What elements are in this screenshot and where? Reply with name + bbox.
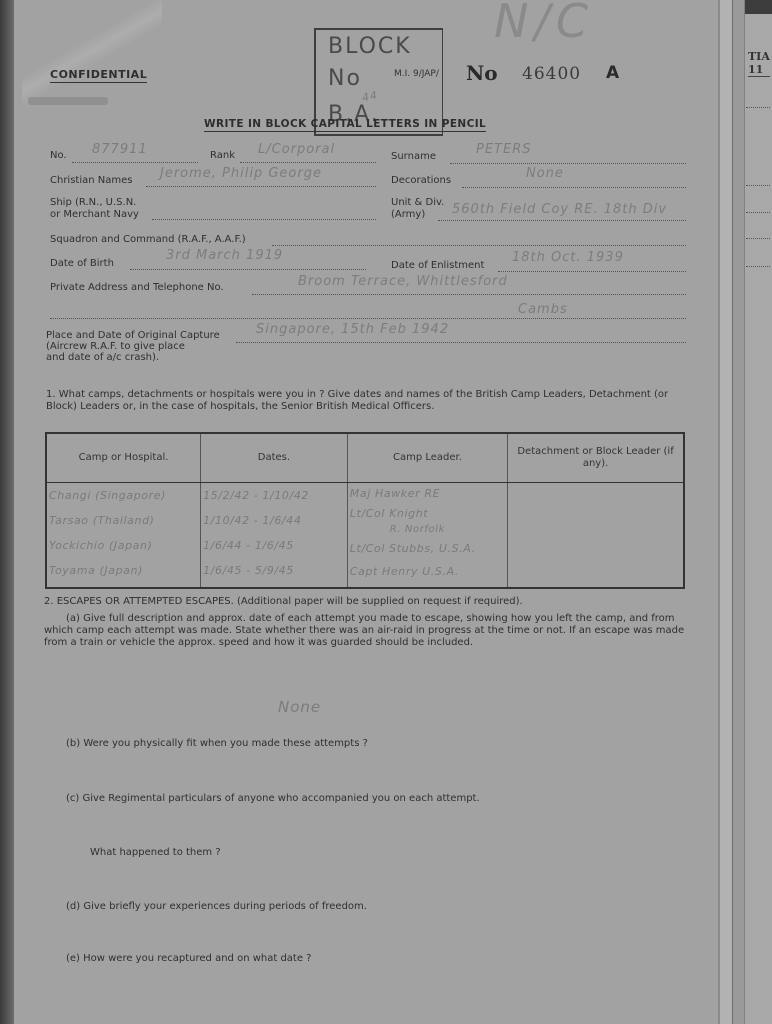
capture-label-3: and date of a/c crash). [46, 352, 159, 363]
question-2c-followup: What happened to them ? [90, 847, 221, 859]
capture-field[interactable]: Singapore, 15th Feb 1942 [256, 322, 449, 337]
enlistment-field[interactable]: 18th Oct. 1939 [512, 250, 624, 265]
column-header-dates: Dates. [201, 433, 348, 483]
question-2e-text: (e) How were you recaptured and on what … [66, 953, 312, 965]
unit-field[interactable]: 560th Field Coy RE. 18th Div [452, 202, 667, 217]
table-row: Changi (Singapore) Tarsao (Thailand) Yoc… [46, 483, 684, 589]
back-sheet [744, 0, 772, 1024]
dob-field[interactable]: 3rd March 1919 [166, 248, 283, 263]
back-sheet-label: TIA 11 [748, 50, 770, 77]
reference-prefix: M.I. 9/JAP/ [394, 69, 439, 79]
handwritten-note: N/C [494, 0, 594, 48]
date-entry: 1/10/42 - 1/6/44 [203, 508, 345, 533]
paper-crease [22, 0, 162, 110]
rank-label: Rank [210, 150, 235, 161]
surname-label: Surname [391, 151, 436, 162]
dob-label: Date of Birth [50, 258, 114, 269]
reference-number: 46400 [522, 64, 581, 84]
camps-table: Camp or Hospital. Dates. Camp Leader. De… [45, 432, 685, 589]
rank-field-line [240, 162, 376, 163]
no-field-line [72, 162, 198, 163]
unit-label-1: Unit & Div. [391, 197, 444, 208]
column-header-camp-leader: Camp Leader. [347, 433, 507, 483]
surname-field-line [450, 163, 686, 164]
ship-label-2: or Merchant Navy [50, 209, 139, 220]
decorations-label: Decorations [391, 175, 451, 186]
question-2d-text: (d) Give briefly your experiences during… [66, 901, 367, 913]
reference-suffix: A [606, 63, 619, 83]
leader-entry: Lt/Col Knight [350, 505, 505, 523]
back-sheet [718, 0, 733, 1024]
leader-entry: Lt/Col Stubbs, U.S.A. [350, 537, 505, 561]
date-entry: 1/6/44 - 1/6/45 [203, 533, 345, 558]
date-entry: 1/6/45 - 5/9/45 [203, 558, 345, 583]
address-field-line [252, 294, 686, 295]
christian-names-label: Christian Names [50, 175, 132, 186]
camp-entry: Tarsao (Thailand) [49, 508, 198, 533]
question-2c-text: (c) Give Regimental particulars of anyon… [66, 793, 480, 805]
stamp-line-1: BLOCK [328, 34, 412, 59]
camp-cell[interactable]: Changi (Singapore) Tarsao (Thailand) Yoc… [46, 483, 201, 589]
question-2b-text: (b) Were you physically fit when you mad… [66, 738, 368, 750]
decorations-field-line [462, 187, 686, 188]
unit-field-line [438, 220, 686, 221]
camp-entry: Yockichio (Japan) [49, 533, 198, 558]
address-field-line2[interactable]: Cambs [518, 302, 568, 317]
capture-label-2: (Aircrew R.A.F. to give place [46, 341, 185, 352]
camp-entry: Changi (Singapore) [49, 483, 198, 508]
no-field[interactable]: 877911 [92, 142, 148, 157]
christian-names-field[interactable]: Jerome, Philip George [160, 166, 322, 181]
tape-mark [28, 97, 108, 105]
reference-no-label: No [466, 61, 498, 85]
date-entry: 15/2/42 - 1/10/42 [203, 483, 345, 508]
dates-cell[interactable]: 15/2/42 - 1/10/42 1/10/42 - 1/6/44 1/6/4… [201, 483, 348, 589]
unit-label-2: (Army) [391, 209, 425, 220]
divider [746, 185, 770, 186]
no-label: No. [50, 150, 67, 161]
address-field-line-2 [50, 318, 686, 319]
rank-field[interactable]: L/Corporal [258, 142, 335, 157]
surname-field[interactable]: PETERS [476, 142, 532, 157]
enlistment-label: Date of Enlistment [391, 260, 484, 271]
leader-entry: R. Norfolk [350, 523, 505, 537]
ship-label-1: Ship (R.N., U.S.N. [50, 197, 136, 208]
question-2-heading: 2. ESCAPES OR ATTEMPTED ESCAPES. (Additi… [44, 596, 523, 608]
question-1-text: 1. What camps, detachments or hospitals … [46, 389, 690, 413]
ship-field-line[interactable] [152, 219, 376, 220]
leader-entry: Capt Henry U.S.A. [350, 561, 505, 583]
form-instruction: WRITE IN BLOCK CAPITAL LETTERS IN PENCIL [204, 118, 486, 132]
divider [746, 266, 770, 267]
address-field-line1[interactable]: Broom Terrace, Whittlesford [298, 274, 508, 289]
classification-label: CONFIDENTIAL [50, 68, 147, 83]
christian-names-field-line [146, 186, 376, 187]
decorations-field[interactable]: None [526, 166, 564, 181]
squadron-field-line[interactable] [272, 245, 686, 246]
camp-entry: Toyama (Japan) [49, 558, 198, 583]
leader-entry: Maj Hawker RE [350, 483, 505, 505]
stamp-line-2: No [328, 66, 362, 91]
column-header-block-leader: Detachment or Block Leader (if any). [508, 433, 684, 483]
capture-field-line [236, 342, 686, 343]
camp-leader-cell[interactable]: Maj Hawker RE Lt/Col Knight R. Norfolk L… [347, 483, 507, 589]
address-label: Private Address and Telephone No. [50, 282, 224, 293]
block-leader-cell[interactable] [508, 483, 684, 589]
column-header-camp: Camp or Hospital. [46, 433, 201, 483]
divider [746, 212, 770, 213]
capture-label-1: Place and Date of Original Capture [46, 330, 220, 341]
divider [746, 238, 770, 239]
divider [746, 107, 770, 108]
question-2a-answer[interactable]: None [278, 698, 321, 716]
enlistment-field-line [498, 271, 686, 272]
question-2a-text: (a) Give full description and approx. da… [44, 613, 688, 649]
squadron-label: Squadron and Command (R.A.F., A.A.F.) [50, 234, 246, 245]
dob-field-line [130, 269, 366, 270]
